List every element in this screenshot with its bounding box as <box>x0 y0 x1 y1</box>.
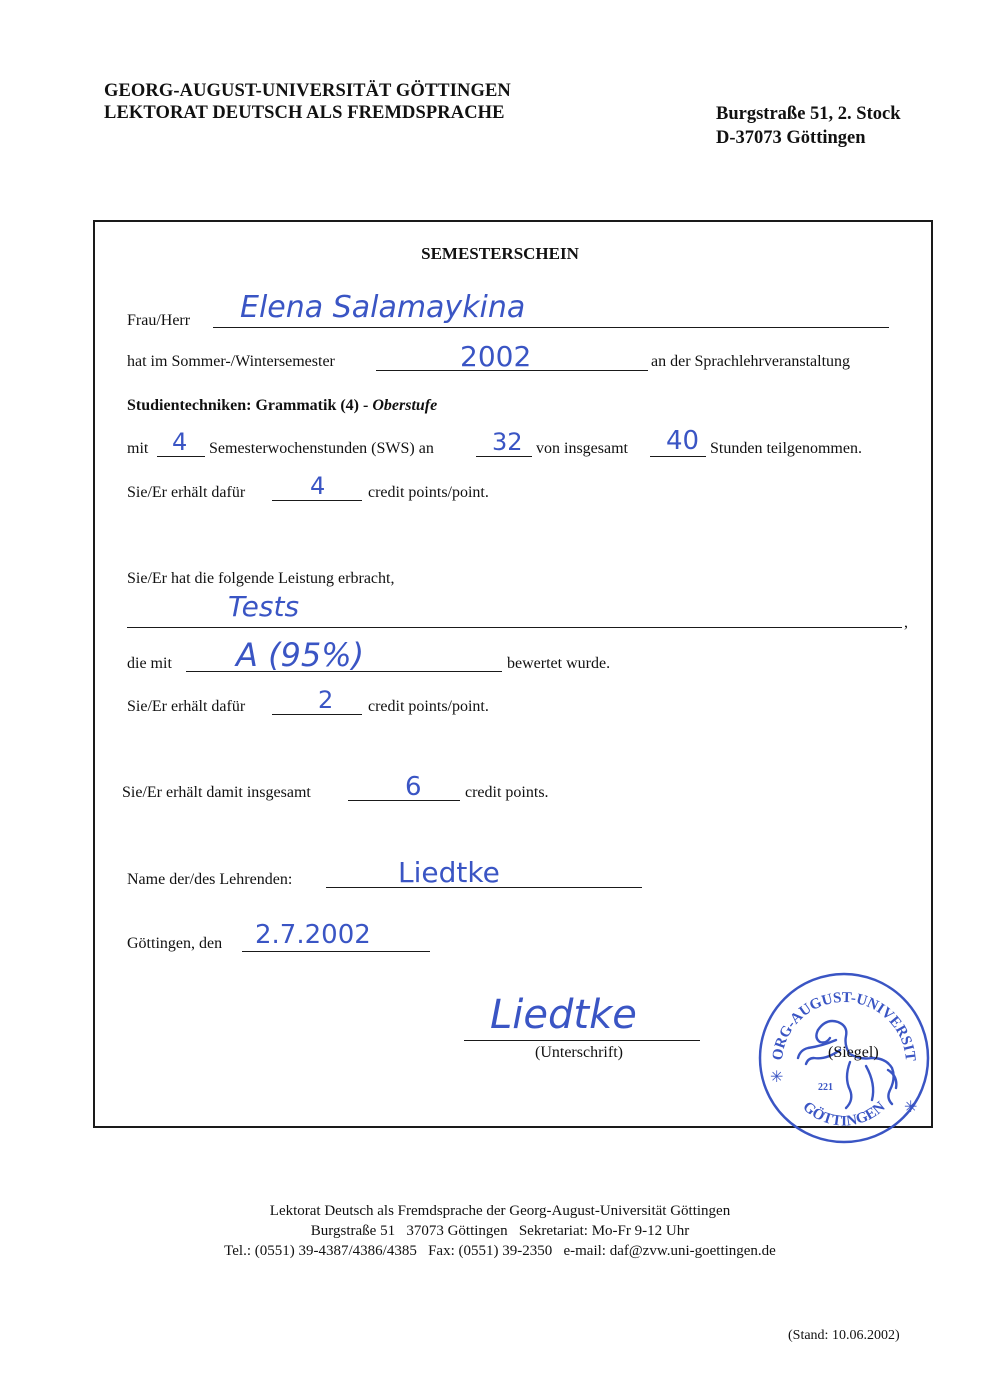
achievement-line <box>127 627 902 628</box>
seal-label: (Siegel) <box>828 1044 879 1062</box>
achievement-label: Sie/Er hat die folgende Leistung erbrach… <box>127 570 394 588</box>
course-title: Studientechniken: Grammatik (4) - Oberst… <box>127 397 437 415</box>
semester-suffix: an der Sprachlehrveranstaltung <box>651 353 850 371</box>
svg-text:GÖTTINGEN: GÖTTINGEN <box>800 1099 889 1130</box>
semester-value: 2002 <box>460 340 531 373</box>
achievement-comma: , <box>904 614 908 632</box>
teacher-value: Liedtke <box>398 856 500 889</box>
total-credits-prefix: Sie/Er erhält damit insgesamt <box>122 784 311 802</box>
sws-value: 4 <box>172 428 187 456</box>
credits1-line <box>272 500 362 501</box>
teacher-label: Name der/des Lehrenden: <box>127 871 292 889</box>
university-name: GEORG-AUGUST-UNIVERSITÄT GÖTTINGEN <box>104 80 511 102</box>
grade-value: A (95%) <box>236 636 364 674</box>
total-hours-value: 40 <box>666 426 699 456</box>
credits2-suffix: credit points/point. <box>368 698 489 716</box>
date-line <box>242 951 430 952</box>
attended-line <box>476 456 532 457</box>
credits2-line <box>272 714 362 715</box>
signature-label: (Unterschrift) <box>535 1044 623 1062</box>
name-value: Elena Salamaykina <box>240 290 525 325</box>
date-value: 2.7.2002 <box>255 920 371 950</box>
footer-institution: Lektorat Deutsch als Fremdsprache der Ge… <box>0 1201 1000 1221</box>
letterhead-institution: GEORG-AUGUST-UNIVERSITÄT GÖTTINGEN LEKTO… <box>104 80 511 124</box>
footer-contact: Tel.: (0551) 39-4387/4386/4385 Fax: (055… <box>0 1241 1000 1261</box>
total-credits-value: 6 <box>405 772 422 802</box>
attended-value: 32 <box>492 428 523 456</box>
grade-prefix: die mit <box>127 655 172 673</box>
name-line <box>213 327 889 328</box>
total-credits-suffix: credit points. <box>465 784 549 802</box>
address-street: Burgstraße 51, 2. Stock <box>716 102 901 126</box>
total-hours-line <box>650 456 706 457</box>
footer-address: Burgstraße 51 37073 Göttingen Sekretaria… <box>0 1221 1000 1241</box>
semester-label: hat im Sommer-/Wintersemester <box>127 353 335 371</box>
sws-prefix: mit <box>127 440 148 458</box>
address-city: D-37073 Göttingen <box>716 126 901 150</box>
credits1-prefix: Sie/Er erhält dafür <box>127 484 245 502</box>
sws-line <box>157 456 205 457</box>
attended-label: von insgesamt <box>536 440 628 458</box>
credits1-value: 4 <box>310 472 325 500</box>
svg-text:✳: ✳ <box>904 1097 917 1116</box>
course-level: Oberstufe <box>372 397 437 414</box>
credits2-value: 2 <box>318 686 333 714</box>
svg-text:221: 221 <box>818 1082 833 1093</box>
signature-line <box>464 1040 700 1041</box>
sws-label: Semesterwochenstunden (SWS) an <box>209 440 434 458</box>
letterhead-address: Burgstraße 51, 2. Stock D-37073 Göttinge… <box>716 102 901 150</box>
credits1-suffix: credit points/point. <box>368 484 489 502</box>
certificate-title: SEMESTERSCHEIN <box>0 244 1000 264</box>
place-date-label: Göttingen, den <box>127 935 222 953</box>
name-label: Frau/Herr <box>127 312 190 330</box>
svg-text:✳: ✳ <box>770 1067 783 1086</box>
form-version-date: (Stand: 10.06.2002) <box>788 1328 900 1344</box>
total-hours-label: Stunden teilgenommen. <box>710 440 862 458</box>
footer: Lektorat Deutsch als Fremdsprache der Ge… <box>0 1201 1000 1261</box>
credits2-prefix: Sie/Er erhält dafür <box>127 698 245 716</box>
grade-suffix: bewertet wurde. <box>507 655 610 673</box>
horse-icon <box>798 1021 896 1108</box>
department-name: LEKTORAT DEUTSCH ALS FREMDSPRACHE <box>104 102 511 124</box>
total-credits-line <box>348 800 460 801</box>
achievement-value: Tests <box>228 590 299 623</box>
signature-value: Liedtke <box>490 992 637 1038</box>
course-name: Studientechniken: Grammatik (4) - <box>127 397 372 414</box>
